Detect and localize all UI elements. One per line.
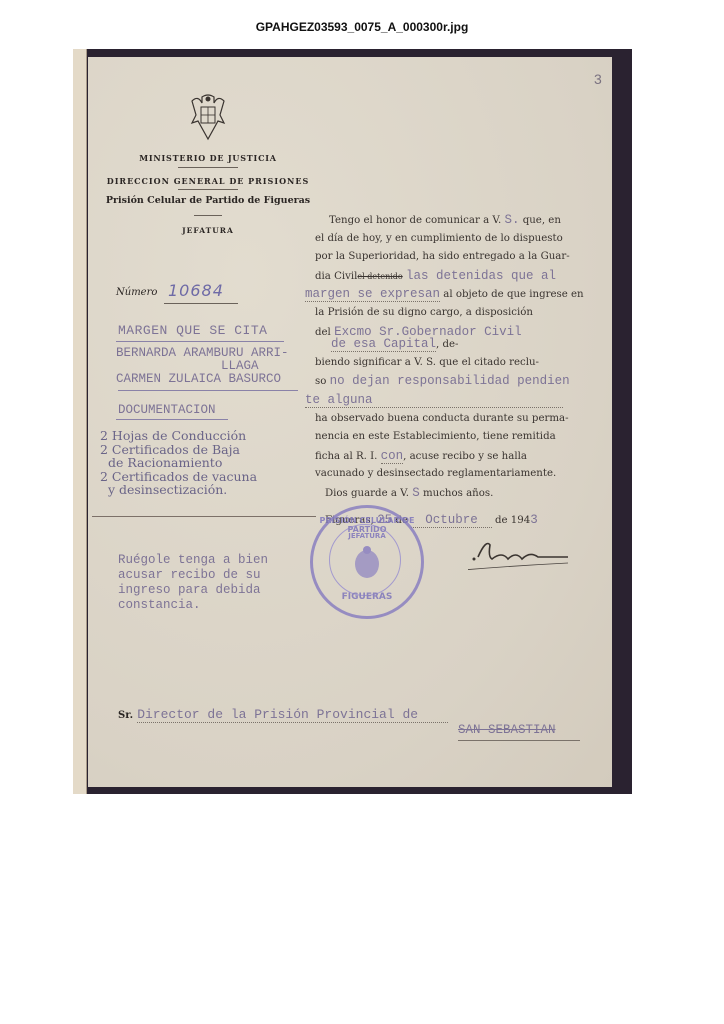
body-text: el día de hoy, y en cumplimiento de lo d… bbox=[315, 233, 563, 244]
handwritten-page-number: 3 bbox=[594, 71, 602, 87]
typed-fill: con bbox=[381, 449, 404, 464]
body-text: la Prisión de su digno cargo, a disposic… bbox=[315, 307, 533, 318]
city-underline bbox=[458, 740, 580, 741]
documentation-title: DOCUMENTACION bbox=[118, 403, 216, 417]
body-text: biendo significar a V. S. que el citado … bbox=[315, 357, 539, 368]
office-heading: JEFATURA bbox=[98, 226, 318, 235]
typed-fill: te alguna bbox=[305, 393, 563, 408]
addressee-city: SAN SEBASTIAN bbox=[458, 723, 556, 737]
body-text: so bbox=[315, 376, 326, 387]
date-year-digit: 3 bbox=[530, 513, 538, 527]
typed-fill: S. bbox=[504, 213, 519, 227]
divider bbox=[178, 189, 238, 190]
document-page: 3 MINISTERIO DE JUSTICIA DIRECCION GENER… bbox=[88, 57, 612, 787]
body-text: ha observado buena conducta durante su p… bbox=[315, 413, 569, 424]
letter-body: Tengo el honor de comunicar a V. S. que,… bbox=[315, 211, 600, 529]
margin-title: MARGEN QUE SE CITA bbox=[118, 323, 267, 338]
directorate-heading: DIRECCION GENERAL DE PRISIONES bbox=[98, 176, 318, 186]
body-text: al objeto de que ingrese en bbox=[443, 289, 583, 300]
eagle-emblem-icon bbox=[351, 544, 383, 584]
body-text: de 194 bbox=[495, 515, 530, 526]
typed-fill: de esa Capital bbox=[331, 337, 436, 352]
numero-underline bbox=[164, 303, 238, 304]
body-text: , de- bbox=[436, 339, 458, 350]
stamp-bottom-text: FIGUERAS bbox=[313, 592, 421, 602]
documentation-list: 2 Hojas de Conducción 2 Certificados de … bbox=[100, 429, 257, 497]
margin-title-underline bbox=[116, 341, 284, 342]
official-stamp: PRISIÓN CELULAR DE PARTIDO JEFATURA FIGU… bbox=[310, 505, 424, 619]
typed-fill: S bbox=[412, 486, 420, 500]
body-text: , acuse recibo y se halla bbox=[403, 451, 527, 462]
date-month: Octubre bbox=[411, 513, 492, 528]
coat-of-arms-icon bbox=[188, 93, 228, 143]
body-text: vacunado y desinsectado reglamentariamen… bbox=[315, 468, 556, 479]
typed-fill: las detenidas que al bbox=[406, 269, 556, 283]
ministry-heading: MINISTERIO DE JUSTICIA bbox=[98, 153, 318, 163]
body-text: nencia en este Establecimiento, tiene re… bbox=[315, 431, 556, 442]
body-text: por la Superioridad, ha sido entregado a… bbox=[315, 251, 570, 262]
body-text: que, en bbox=[523, 215, 561, 226]
file-name-header: GPAHGEZ03593_0075_A_000300r.jpg bbox=[0, 20, 724, 34]
body-text: Dios guarde a V. bbox=[325, 488, 409, 499]
stamp-middle-text: JEFATURA bbox=[313, 532, 421, 540]
divider bbox=[194, 215, 222, 216]
typed-fill: margen se expresan bbox=[305, 287, 440, 302]
detainee-names: BERNARDA ARAMBURU ARRI- LLAGA CARMEN ZUL… bbox=[116, 347, 289, 386]
divider bbox=[178, 167, 238, 168]
typed-fill: no dejan responsabilidad pendien bbox=[330, 374, 570, 388]
acknowledgment-request: Ruégole tenga a bien acusar recibo de su… bbox=[118, 553, 268, 613]
numero-label: Número bbox=[116, 287, 157, 298]
documentation-underline bbox=[116, 419, 228, 420]
signature-icon bbox=[468, 537, 578, 577]
institution-heading: Prisión Celular de Partido de Figueras bbox=[98, 195, 318, 206]
body-text: ficha al R. I. bbox=[315, 451, 377, 462]
addressee-prefix: Sr. bbox=[118, 710, 133, 721]
struck-text: el detenido bbox=[357, 272, 402, 281]
names-underline bbox=[118, 390, 298, 391]
body-text: muchos años. bbox=[423, 488, 493, 499]
body-text: Tengo el honor de comunicar a V. bbox=[329, 215, 501, 226]
section-separator bbox=[92, 516, 316, 517]
addressee-line: Sr. Director de la Prisión Provincial de bbox=[118, 707, 448, 722]
addressee-text: Director de la Prisión Provincial de bbox=[137, 707, 448, 723]
body-text: dia Civil bbox=[315, 271, 357, 282]
numero-value: 10684 bbox=[168, 281, 224, 300]
previous-page-edge bbox=[73, 49, 87, 794]
